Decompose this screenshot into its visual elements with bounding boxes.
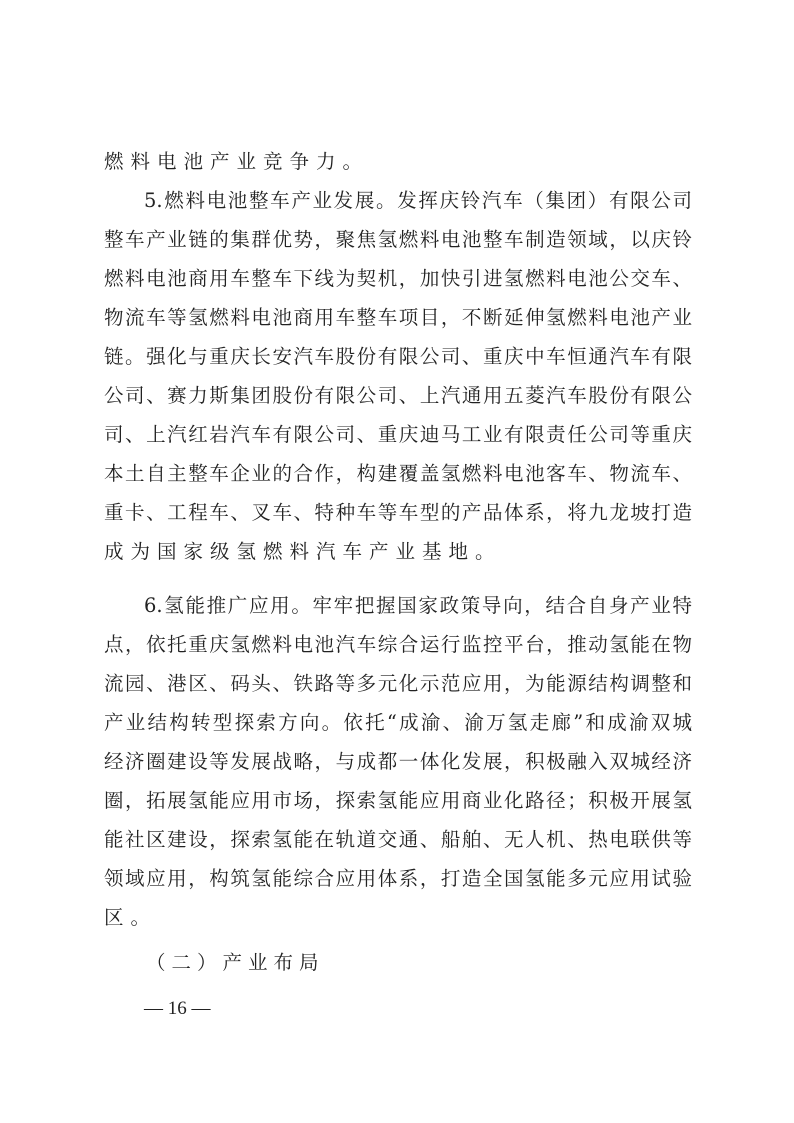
text-line: 物流车等氢燃料电池商用车整车项目，不断延伸氢燃料电池产业	[104, 303, 692, 333]
text-line: 链。强化与重庆长安汽车股份有限公司、重庆中车恒通汽车有限	[104, 342, 692, 372]
text-line: 成为国家级氢燃料汽车产业基地。	[104, 537, 692, 567]
text-line: 5.燃料电池整车产业发展。发挥庆铃汽车（集团）有限公司	[144, 186, 692, 216]
section-heading: （二）产业布局	[146, 948, 325, 978]
text-line: 产业结构转型探索方向。依托“成渝、渝万氢走廊”和成渝双城	[104, 708, 692, 738]
text-line: 点，依托重庆氢燃料电池汽车综合运行监控平台，推动氢能在物	[104, 630, 692, 660]
text-line: 燃料电池商用车整车下线为契机，加快引进氢燃料电池公交车、	[104, 264, 692, 294]
text-line: 整车产业链的集群优势，聚焦氢燃料电池整车制造领域，以庆铃	[104, 225, 692, 255]
text-line: 本土自主整车企业的合作，构建覆盖氢燃料电池客车、物流车、	[104, 459, 692, 489]
text-line: 公司、赛力斯集团股份有限公司、上汽通用五菱汽车股份有限公	[104, 381, 692, 411]
text-line: 司、上汽红岩汽车有限公司、重庆迪马工业有限责任公司等重庆	[104, 420, 692, 450]
text-line: 区。	[104, 903, 692, 933]
text-line: 6.氢能推广应用。牢牢把握国家政策导向，结合自身产业特	[144, 591, 692, 621]
text-line: 能社区建设，探索氢能在轨道交通、船舶、无人机、热电联供等	[104, 825, 692, 855]
text-line: 重卡、工程车、叉车、特种车等车型的产品体系，将九龙坡打造	[104, 498, 692, 528]
text-line: 流园、港区、码头、铁路等多元化示范应用，为能源结构调整和	[104, 669, 692, 699]
page-number: — 16 —	[144, 995, 211, 1023]
document-page: 燃料电池产业竞争力。 5.燃料电池整车产业发展。发挥庆铃汽车（集团）有限公司 整…	[0, 0, 794, 1123]
text-line: 领域应用，构筑氢能综合应用体系，打造全国氢能多元应用试验	[104, 864, 692, 894]
text-line: 经济圈建设等发展战略，与成都一体化发展，积极融入双城经济	[104, 747, 692, 777]
text-line: 圈，拓展氢能应用市场，探索氢能应用商业化路径；积极开展氢	[104, 786, 692, 816]
text-line: 燃料电池产业竞争力。	[104, 147, 692, 177]
